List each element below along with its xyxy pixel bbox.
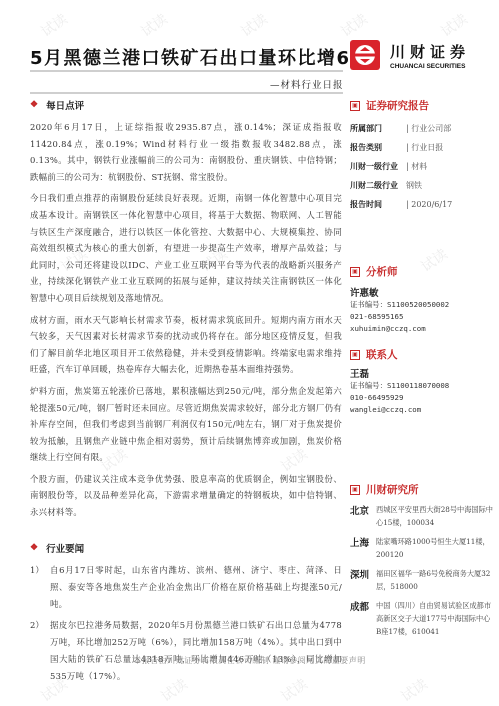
chuancai-logo-icon bbox=[350, 40, 380, 70]
info-key: 川财一级行业 bbox=[350, 157, 406, 176]
institute-heading: ▣ 川财研究所 bbox=[350, 482, 495, 497]
report-icon: ▣ bbox=[350, 101, 360, 111]
office-city: 北京 bbox=[350, 503, 376, 529]
contact-name: 王磊 bbox=[350, 366, 495, 380]
analyst-email[interactable]: xuhuimin@cczq.com bbox=[350, 323, 495, 335]
paragraph: 炉料方面，焦炭第五轮涨价已落地，累积涨幅达到250元/吨，部分焦企发起第六轮提涨… bbox=[30, 383, 342, 466]
info-value: | 行业日报 bbox=[406, 138, 443, 157]
section-daily-review: ❖ 每日点评 bbox=[30, 98, 342, 112]
page-title: 5月黑德兰港口铁矿石出口量环比增6% bbox=[30, 44, 370, 70]
office-address: 西城区平安里西大街28号中海国际中心15楼，100034 bbox=[376, 503, 495, 529]
sidebar: ▣ 证券研究报告 所属部门 | 行业公司部 报告类别 | 行业日报 川财一级行业… bbox=[350, 98, 495, 644]
watermark: 试读 bbox=[37, 9, 71, 41]
paragraph: 成材方面，雨水天气影响长材需求节奏，板材需求筑底回升。短期内南方雨水天气较多，天… bbox=[30, 312, 342, 378]
section-heading-row: ❖ 行业要闻 bbox=[30, 541, 342, 555]
office-address: 福田区福华一路6号免税商务大厦32层，518000 bbox=[376, 567, 495, 593]
info-key: 报告时间 bbox=[350, 195, 406, 214]
paragraph: 个股方面，仍建议关注成本竞争优势强、股息率高的优质钢企，例如宝钢股份、南钢股份等… bbox=[30, 471, 342, 521]
info-key: 所属部门 bbox=[350, 119, 406, 138]
info-key: 报告类别 bbox=[350, 138, 406, 157]
watermark: 试读 bbox=[237, 9, 271, 41]
analyst-phone: 021-68595165 bbox=[350, 311, 495, 323]
report-info-heading: ▣ 证券研究报告 bbox=[350, 98, 495, 113]
office-address: 陆家嘴环路1000号恒生大厦11楼，200120 bbox=[376, 535, 495, 561]
section-heading: 每日点评 bbox=[46, 98, 84, 112]
news-item: 1） 自6月17日零时起，山东省内潍坊、滨州、德州、济宁、枣庄、菏泽、日照、泰安… bbox=[30, 562, 342, 613]
company-logo: 川财证券 CHUANCAI SECURITIES bbox=[350, 40, 470, 70]
watermark: 试读 bbox=[137, 9, 171, 41]
contact-phone: 010-66495929 bbox=[350, 392, 495, 404]
info-row: 川财一级行业 | 材料 bbox=[350, 157, 495, 176]
heading-text: 联系人 bbox=[366, 347, 398, 362]
office-entry: 北京 西城区平安里西大街28号中海国际中心15楼，100034 bbox=[350, 503, 495, 529]
heading-text: 证券研究报告 bbox=[366, 98, 429, 113]
divider bbox=[30, 92, 343, 94]
office-entry: 深圳 福田区福华一路6号免税商务大厦32层，518000 bbox=[350, 567, 495, 593]
news-number: 1） bbox=[30, 562, 50, 613]
office-entry: 成都 中国（四川）自由贸易试验区成都市高新区交子大道177号中海国际中心B座17… bbox=[350, 599, 495, 638]
info-row: 报告时间 | 2020/6/17 bbox=[350, 195, 495, 214]
page-subtitle: —材料行业日报 bbox=[270, 77, 344, 91]
contact-email[interactable]: wanglei@cczq.com bbox=[350, 404, 495, 416]
diamond-bullet-icon: ❖ bbox=[30, 100, 38, 110]
watermark: 试读 bbox=[437, 9, 471, 41]
news-item: 2） 据皮尔巴拉港务局数据，2020年5月份黑德兰港口铁矿石出口总量为4778万… bbox=[30, 617, 342, 685]
news-text: 自6月17日零时起，山东省内潍坊、滨州、德州、济宁、枣庄、菏泽、日照、泰安等各地… bbox=[50, 562, 342, 613]
heading-text: 分析师 bbox=[366, 264, 398, 279]
diamond-bullet-icon: ❖ bbox=[30, 543, 38, 553]
heading-text: 川财研究所 bbox=[366, 482, 419, 497]
info-row: 川财二级行业 钢铁 bbox=[350, 176, 495, 195]
divider bbox=[30, 70, 343, 72]
office-city: 深圳 bbox=[350, 567, 376, 593]
office-entry: 上海 陆家嘴环路1000号恒生大厦11楼，200120 bbox=[350, 535, 495, 561]
paragraph: 2020年6月17日，上证综指报收2935.87点，涨0.14%；深证成指报收1… bbox=[30, 119, 342, 185]
news-number: 2） bbox=[30, 617, 50, 685]
contact-heading: ▣ 联系人 bbox=[350, 347, 495, 362]
analyst-cert: 证书编号：S1100520050002 bbox=[350, 299, 495, 311]
analyst-heading: ▣ 分析师 bbox=[350, 264, 495, 279]
info-key: 川财二级行业 bbox=[350, 176, 406, 195]
info-value: 钢铁 bbox=[406, 176, 422, 195]
footer-disclaimer: 本报告由川财证券有限责任公司编制 谨请参阅尾页的重要声明 bbox=[0, 655, 499, 666]
contact-cert: 证书编号：S1100118070008 bbox=[350, 380, 495, 392]
office-city: 成都 bbox=[350, 599, 376, 638]
news-text: 据皮尔巴拉港务局数据，2020年5月份黑德兰港口铁矿石出口总量为4778万吨，环… bbox=[50, 617, 342, 685]
contact-icon: ▣ bbox=[350, 350, 360, 360]
logo-name-en: CHUANCAI SECURITIES bbox=[390, 63, 470, 70]
info-row: 报告类别 | 行业日报 bbox=[350, 138, 495, 157]
logo-name-cn: 川财证券 bbox=[390, 41, 470, 62]
info-value: | 材料 bbox=[406, 157, 427, 176]
paragraph: 今日我们重点推荐的南钢股份延续良好表现。近期，南钢一体化智慧中心项目完成基本设计… bbox=[30, 190, 342, 306]
main-content: ❖ 每日点评 2020年6月17日，上证综指报收2935.87点，涨0.14%；… bbox=[30, 98, 342, 689]
office-city: 上海 bbox=[350, 535, 376, 561]
info-value: | 行业公司部 bbox=[406, 119, 451, 138]
watermark: 试读 bbox=[397, 674, 431, 706]
section-heading: 行业要闻 bbox=[46, 541, 84, 555]
institute-icon: ▣ bbox=[350, 485, 360, 495]
office-address: 中国（四川）自由贸易试验区成都市高新区交子大道177号中海国际中心B座17楼，6… bbox=[376, 599, 495, 638]
info-row: 所属部门 | 行业公司部 bbox=[350, 119, 495, 138]
analyst-name: 许惠敏 bbox=[350, 285, 495, 299]
analyst-icon: ▣ bbox=[350, 267, 360, 277]
info-value: | 2020/6/17 bbox=[406, 195, 452, 214]
watermark: 试读 bbox=[337, 9, 371, 41]
